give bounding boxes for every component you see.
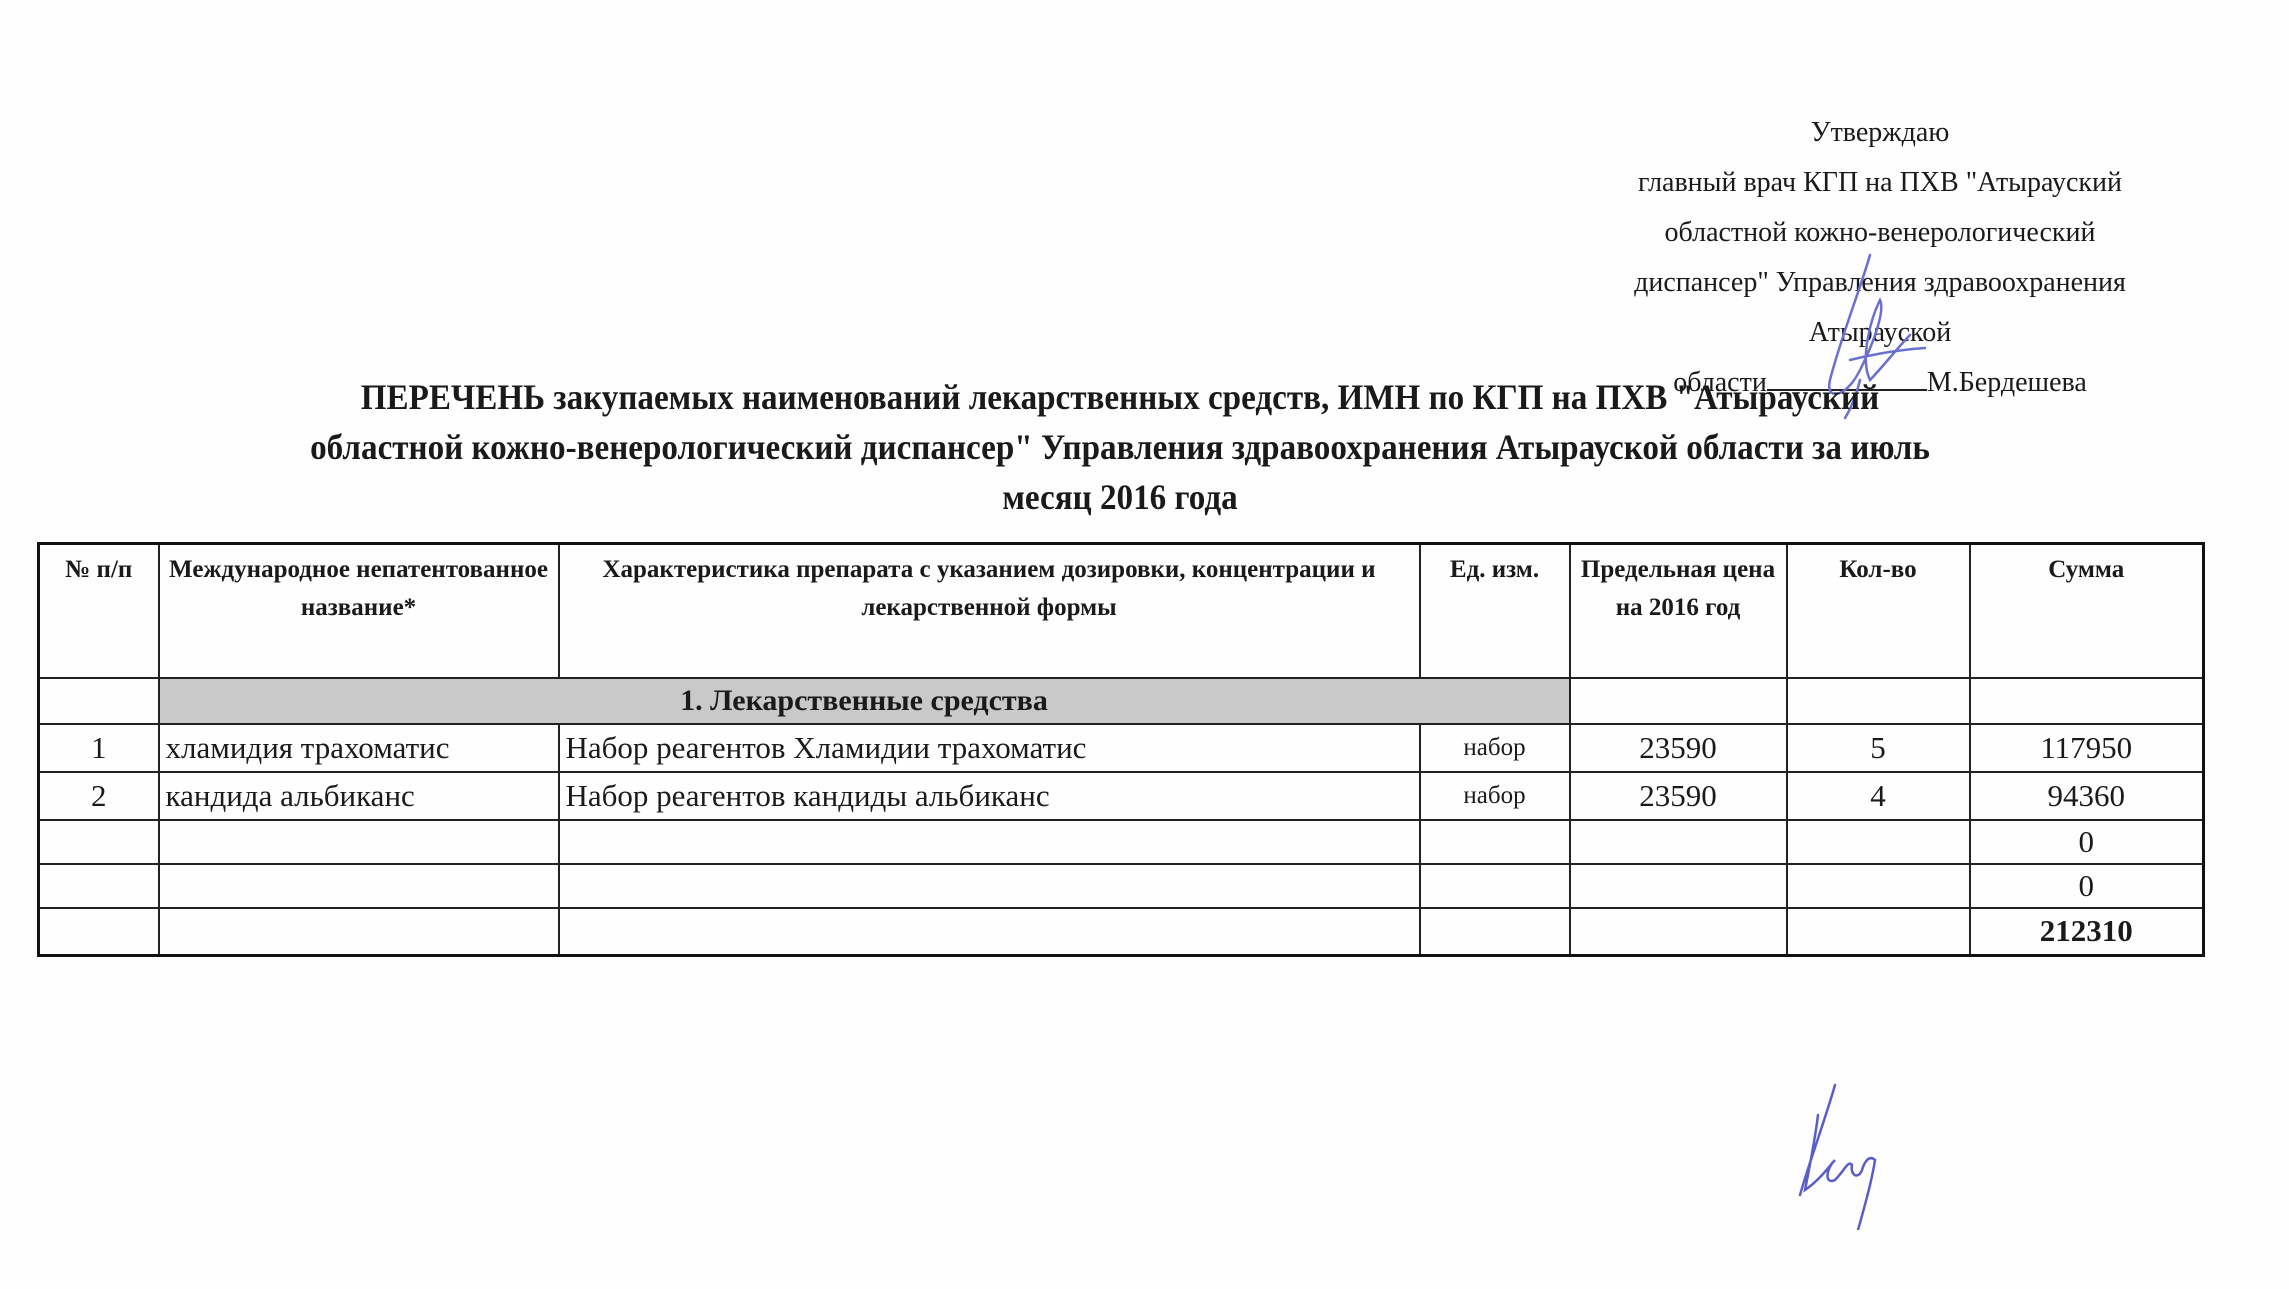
- section-empty-cell: [1570, 678, 1787, 724]
- cell-sum: 0: [1970, 820, 2204, 864]
- header-sum: Сумма: [1970, 544, 2204, 678]
- cell-description: [559, 864, 1420, 908]
- title-line: месяц 2016 года: [126, 472, 2113, 522]
- cell-quantity: [1787, 864, 1970, 908]
- cell-number: 1: [39, 724, 159, 772]
- header-description: Характеристика препарата с указанием доз…: [559, 544, 1420, 678]
- cell-unit: [1420, 864, 1570, 908]
- total-row: 212310: [39, 908, 2204, 956]
- cell-unit: набор: [1420, 772, 1570, 820]
- cell-unit: набор: [1420, 724, 1570, 772]
- section-empty-cell: [1787, 678, 1970, 724]
- empty-cell: [1787, 908, 1970, 956]
- cell-inn: [159, 864, 559, 908]
- title-line: ПЕРЕЧЕНЬ закупаемых наименований лекарст…: [126, 372, 2113, 422]
- cell-inn: [159, 820, 559, 864]
- empty-cell: [1570, 908, 1787, 956]
- header-inn: Международное непатентованное название*: [159, 544, 559, 678]
- cell-price: [1570, 820, 1787, 864]
- header-number: № п/п: [39, 544, 159, 678]
- cell-unit: [1420, 820, 1570, 864]
- cell-quantity: 4: [1787, 772, 1970, 820]
- total-sum: 212310: [1970, 908, 2204, 956]
- section-label: 1. Лекарственные средства: [159, 678, 1570, 724]
- cell-sum: 0: [1970, 864, 2204, 908]
- cell-price: 23590: [1570, 724, 1787, 772]
- header-unit: Ед. изм.: [1420, 544, 1570, 678]
- header-price: Предельная цена на 2016 год: [1570, 544, 1787, 678]
- cell-quantity: [1787, 820, 1970, 864]
- approval-line: главный врач КГП на ПХВ "Атырауский: [1590, 158, 2170, 208]
- header-quantity: Кол-во: [1787, 544, 1970, 678]
- section-empty-cell: [1970, 678, 2204, 724]
- table-header-row: № п/п Международное непатентованное назв…: [39, 544, 2204, 678]
- cell-number: 2: [39, 772, 159, 820]
- table-row: 0: [39, 820, 2204, 864]
- cell-inn: хламидия трахоматис: [159, 724, 559, 772]
- cell-price: 23590: [1570, 772, 1787, 820]
- procurement-table: № п/п Международное непатентованное назв…: [37, 542, 2205, 957]
- empty-cell: [159, 908, 559, 956]
- empty-cell: [559, 908, 1420, 956]
- cell-price: [1570, 864, 1787, 908]
- cell-inn: кандида альбиканс: [159, 772, 559, 820]
- empty-cell: [39, 908, 159, 956]
- table-row: 2 кандида альбиканс Набор реагентов канд…: [39, 772, 2204, 820]
- title-line: областной кожно-венерологический диспанс…: [126, 422, 2113, 472]
- document-title: ПЕРЕЧЕНЬ закупаемых наименований лекарст…: [126, 372, 2113, 522]
- cell-number: [39, 820, 159, 864]
- cell-description: Набор реагентов кандиды альбиканс: [559, 772, 1420, 820]
- cell-number: [39, 864, 159, 908]
- table-row: 0: [39, 864, 2204, 908]
- cell-quantity: 5: [1787, 724, 1970, 772]
- approval-line: Утверждаю: [1590, 108, 2170, 158]
- cell-description: Набор реагентов Хламидии трахоматис: [559, 724, 1420, 772]
- initials-signature-icon: [1780, 1070, 1910, 1230]
- cell-sum: 94360: [1970, 772, 2204, 820]
- table-row: 1 хламидия трахоматис Набор реагентов Хл…: [39, 724, 2204, 772]
- cell-sum: 117950: [1970, 724, 2204, 772]
- cell-description: [559, 820, 1420, 864]
- section-row: 1. Лекарственные средства: [39, 678, 2204, 724]
- section-empty-cell: [39, 678, 159, 724]
- empty-cell: [1420, 908, 1570, 956]
